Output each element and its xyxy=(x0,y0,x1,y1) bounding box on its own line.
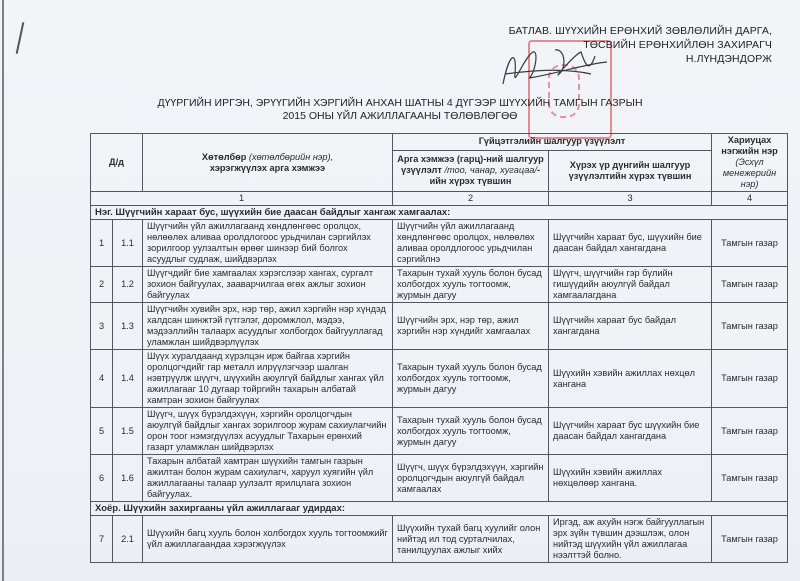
row-outcome: Шүүхийн хэвийн ажиллах нөхцөл хангана xyxy=(549,350,712,408)
section-row: Нэг. Шүүгчийн хараат бус, шүүхийн бие да… xyxy=(91,206,788,220)
row-number: 6 xyxy=(91,455,113,502)
row-measure: Шүүхийн тухай багц хуулийг олон нийтэд и… xyxy=(393,516,549,563)
row-responsible: Тамгын газар xyxy=(712,350,788,408)
column-number-row: 1 2 3 4 xyxy=(91,192,788,206)
column-number: 2 xyxy=(393,192,549,206)
title-line-1: ДҮҮРГИЙН ИРГЭН, ЭРҮҮГИЙН ХЭРГИЙН АНХАН Ш… xyxy=(0,97,800,110)
row-action: Шүүх хуралдаанд хүрэлцэн ирж байгаа хэрг… xyxy=(143,350,393,408)
header-criteria-group: Гүйцэтгэлийн шалгуур үзүүлэлт xyxy=(393,134,712,151)
title-line-2: 2015 ОНЫ ҮЙЛ АЖИЛЛАГААНЫ ТӨЛӨВЛӨГӨӨ xyxy=(0,110,800,123)
row-responsible: Тамгын газар xyxy=(712,267,788,303)
row-number: 5 xyxy=(91,408,113,455)
row-measure: Тахарын тухай хууль болон бусад холбогдо… xyxy=(393,350,549,408)
row-number: 1 xyxy=(91,220,113,267)
row-responsible: Тамгын газар xyxy=(712,455,788,502)
table-row: 61.6Тахарын албатай хамтран шүүхийн тамг… xyxy=(91,455,788,502)
header-program: Хөтөлбөр (хөтөлбөрийн нэр), хэрэгжүүлэх … xyxy=(143,134,393,192)
table-row: 51.5Шүүгч, шүүх бүрэлдэхүүн, хэргийн оро… xyxy=(91,408,788,455)
row-outcome: Шүүгч, шүүгчийн гэр бүлийн гишүүдийн аюу… xyxy=(549,267,712,303)
row-responsible: Тамгын газар xyxy=(712,516,788,563)
row-action: Шүүхийн багц хууль болон холбогдох хууль… xyxy=(143,516,393,563)
column-number: 4 xyxy=(712,192,788,206)
row-outcome: Шүүхийн хэвийн ажиллах нөхцөлөөр хангана… xyxy=(549,455,712,502)
row-code: 1.4 xyxy=(113,350,143,408)
row-number: 2 xyxy=(91,267,113,303)
column-number: 1 xyxy=(91,192,393,206)
table-row: 41.4Шүүх хуралдаанд хүрэлцэн ирж байгаа … xyxy=(91,350,788,408)
row-code: 1.3 xyxy=(113,303,143,350)
approval-line-1: БАТЛАВ. ШҮҮХИЙН ЕРӨНХИЙ ЗӨВЛӨЛИЙН ДАРГА, xyxy=(509,24,772,38)
header-outcome: Хүрэх үр дүнгийн шалгуур үзүүлэлтийн хүр… xyxy=(549,150,712,191)
table-row: 21.2Шүүгчдийг бие хамгаалах хэрэгслээр х… xyxy=(91,267,788,303)
approval-line-3: Н.ЛҮНДЭНДОРЖ xyxy=(509,52,772,66)
document-title: ДҮҮРГИЙН ИРГЭН, ЭРҮҮГИЙН ХЭРГИЙН АНХАН Ш… xyxy=(0,97,800,123)
table-row: 72.1Шүүхийн багц хууль болон холбогдох х… xyxy=(91,516,788,563)
plan-table: Д/д Хөтөлбөр (хөтөлбөрийн нэр), хэрэгжүү… xyxy=(90,133,788,563)
scan-edge xyxy=(2,0,4,581)
row-outcome: Иргэд, аж ахуйн нэгж байгууллагын эрх зү… xyxy=(549,516,712,563)
row-code: 2.1 xyxy=(113,516,143,563)
section-row: Хоёр. Шүүхийн захиргааны үйл ажиллагааг … xyxy=(91,502,788,516)
header-measure: Арга хэмжээ (гарц)-ний шалгуур үзүүлэлт … xyxy=(393,150,549,191)
row-action: Тахарын албатай хамтран шүүхийн тамгын г… xyxy=(143,455,393,502)
table-row: 11.1Шүүгчийн үйл ажиллагаанд хөндлөнгөөс… xyxy=(91,220,788,267)
row-outcome: Шүүгчийн хараат бус байдал хангагдана xyxy=(549,303,712,350)
approval-line-2: ТӨСВИЙН ЕРӨНХИЙЛӨН ЗАХИРАГЧ xyxy=(509,38,772,52)
column-number: 3 xyxy=(549,192,712,206)
row-measure: Тахарын тухай хууль болон бусад холбогдо… xyxy=(393,267,549,303)
row-measure: Шүүгч, шүүх бүрэлдэхүүн, хэргийн оролцог… xyxy=(393,455,549,502)
row-responsible: Тамгын газар xyxy=(712,303,788,350)
header-num: Д/д xyxy=(91,134,143,192)
row-measure: Тахарын тухай хууль болон бусад холбогдо… xyxy=(393,408,549,455)
row-action: Шүүгчдийг бие хамгаалах хэрэгслээр ханга… xyxy=(143,267,393,303)
row-responsible: Тамгын газар xyxy=(712,220,788,267)
table-row: 31.3Шүүгчийн хувийн эрх, нэр төр, ажил х… xyxy=(91,303,788,350)
row-code: 1.2 xyxy=(113,267,143,303)
row-action: Шүүгч, шүүх бүрэлдэхүүн, хэргийн оролцог… xyxy=(143,408,393,455)
row-number: 4 xyxy=(91,350,113,408)
section-title: Хоёр. Шүүхийн захиргааны үйл ажиллагааг … xyxy=(91,502,788,516)
row-measure: Шүүгчийн эрх, нэр төр, ажил хэргийн нэр … xyxy=(393,303,549,350)
row-number: 7 xyxy=(91,516,113,563)
header-row-1: Д/д Хөтөлбөр (хөтөлбөрийн нэр), хэрэгжүү… xyxy=(91,134,788,151)
row-code: 1.5 xyxy=(113,408,143,455)
header-responsible: Хариуцах нэгжийн нэр (Эсхүл менежерийн н… xyxy=(712,134,788,192)
row-outcome: Шүүгчийн хараат бус шүүхийн бие даасан б… xyxy=(549,408,712,455)
row-code: 1.6 xyxy=(113,455,143,502)
row-outcome: Шүүгчийн хараат бус, шүүхийн бие даасан … xyxy=(549,220,712,267)
approval-block: БАТЛАВ. ШҮҮХИЙН ЕРӨНХИЙ ЗӨВЛӨЛИЙН ДАРГА,… xyxy=(509,24,772,66)
row-measure: Шүүгчийн үйл ажиллагаанд хөндлөнгөөс оро… xyxy=(393,220,549,267)
row-code: 1.1 xyxy=(113,220,143,267)
row-action: Шүүгчийн хувийн эрх, нэр төр, ажил хэрги… xyxy=(143,303,393,350)
section-title: Нэг. Шүүгчийн хараат бус, шүүхийн бие да… xyxy=(91,206,788,220)
row-action: Шүүгчийн үйл ажиллагаанд хөндлөнгөөс оро… xyxy=(143,220,393,267)
row-responsible: Тамгын газар xyxy=(712,408,788,455)
row-number: 3 xyxy=(91,303,113,350)
plan-body: Нэг. Шүүгчийн хараат бус, шүүхийн бие да… xyxy=(91,206,788,563)
